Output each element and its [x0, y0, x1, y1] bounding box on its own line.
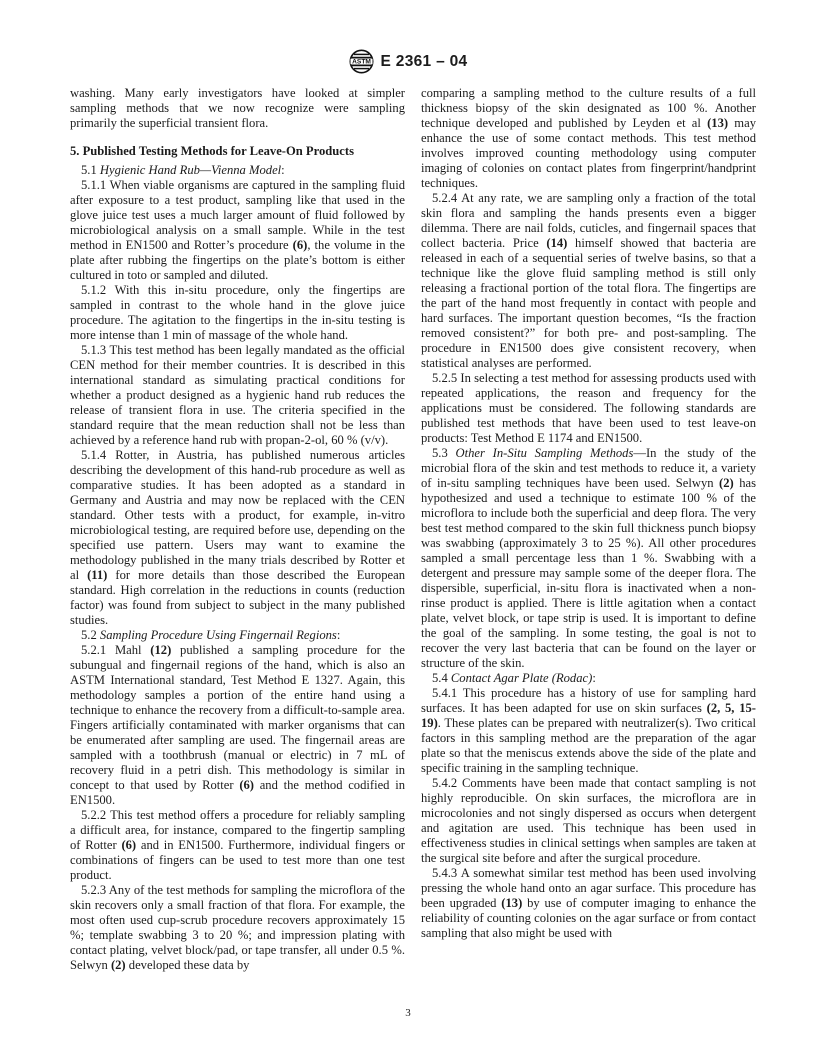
text-run: (13) — [501, 896, 522, 910]
text-run: 5.1 — [81, 163, 100, 177]
paragraph: 5.4.2 Comments have been made that conta… — [421, 776, 756, 866]
paragraph: 5.2.5 In selecting a test method for ass… — [421, 371, 756, 446]
text-run: Other In-Situ Sampling Methods — [456, 446, 634, 460]
text-run: 5.1.2 With this in-situ procedure, only … — [70, 283, 405, 342]
text-run: : — [592, 671, 596, 685]
document-body: washing. Many early investigators have l… — [70, 86, 756, 973]
paragraph: 5.2.1 Mahl (12) published a sampling pro… — [70, 643, 405, 808]
text-run: 5.1.4 Rotter, in Austria, has published … — [70, 448, 405, 582]
paragraph: comparing a sampling method to the cultu… — [421, 86, 756, 191]
text-run: 5.2.5 In selecting a test method for ass… — [421, 371, 756, 445]
paragraph: 5.4.1 This procedure has a history of us… — [421, 686, 756, 776]
paragraph: 5.1.1 When viable organisms are captured… — [70, 178, 405, 283]
text-run: himself showed that bacteria are release… — [421, 236, 756, 370]
text-run: 5.4.2 Comments have been made that conta… — [421, 776, 756, 865]
text-run: (14) — [546, 236, 567, 250]
text-run: (2) — [719, 476, 734, 490]
text-run: washing. Many early investigators have l… — [70, 86, 405, 130]
paragraph: 5.4 Contact Agar Plate (Rodac): — [421, 671, 756, 686]
right-column: comparing a sampling method to the cultu… — [421, 86, 756, 973]
section-heading: 5. Published Testing Methods for Leave-O… — [70, 144, 405, 159]
text-run: . These plates can be prepared with neut… — [421, 716, 756, 775]
astm-logo-icon: ASTM — [349, 49, 374, 74]
paragraph: 5.2.3 Any of the test methods for sampli… — [70, 883, 405, 973]
text-run: 5.2 — [81, 628, 100, 642]
text-run: (6) — [293, 238, 308, 252]
text-run: Sampling Procedure Using Fingernail Regi… — [100, 628, 337, 642]
text-run: (11) — [87, 568, 107, 582]
paragraph: 5.1 Hygienic Hand Rub—Vienna Model: — [70, 163, 405, 178]
paragraph: washing. Many early investigators have l… — [70, 86, 405, 131]
text-run: (6) — [121, 838, 136, 852]
text-run: 5.4 — [432, 671, 451, 685]
text-run: 5.1.3 This test method has been legally … — [70, 343, 405, 447]
text-run: 5.2.1 Mahl — [81, 643, 150, 657]
text-run: : — [281, 163, 285, 177]
text-run: developed these data by — [126, 958, 250, 972]
text-run: Hygienic Hand Rub—Vienna Model — [100, 163, 281, 177]
text-run: 5.3 — [432, 446, 456, 460]
paragraph: 5.1.4 Rotter, in Austria, has published … — [70, 448, 405, 628]
standard-designation: E 2361 – 04 — [381, 53, 468, 71]
text-run: for more details than those described th… — [70, 568, 405, 627]
page-footer: 3 — [0, 1007, 816, 1019]
paragraph: 5.4.3 A somewhat similar test method has… — [421, 866, 756, 941]
text-run: Contact Agar Plate (Rodac) — [451, 671, 592, 685]
paragraph: 5.1.2 With this in-situ procedure, only … — [70, 283, 405, 343]
paragraph: 5.2.4 At any rate, we are sampling only … — [421, 191, 756, 371]
paragraph: 5.2.2 This test method offers a procedur… — [70, 808, 405, 883]
text-run: 5. Published Testing Methods for Leave-O… — [70, 144, 354, 158]
text-run: (6) — [239, 778, 254, 792]
text-run: (12) — [150, 643, 171, 657]
left-column: washing. Many early investigators have l… — [70, 86, 405, 973]
text-run: has hypothesized and used a technique to… — [421, 476, 756, 670]
paragraph: 5.3 Other In-Situ Sampling Methods—In th… — [421, 446, 756, 671]
text-run: : — [337, 628, 341, 642]
svg-text:ASTM: ASTM — [352, 59, 371, 66]
text-run: comparing a sampling method to the cultu… — [421, 86, 756, 130]
document-page: ASTM E 2361 – 04 washing. Many early inv… — [0, 0, 816, 1056]
page-number: 3 — [405, 1007, 411, 1019]
text-run: (2) — [111, 958, 126, 972]
text-run: published a sampling procedure for the s… — [70, 643, 405, 792]
paragraph: 5.2 Sampling Procedure Using Fingernail … — [70, 628, 405, 643]
text-run: (13) — [707, 116, 728, 130]
paragraph: 5.1.3 This test method has been legally … — [70, 343, 405, 448]
document-header: ASTM E 2361 – 04 — [0, 0, 816, 74]
